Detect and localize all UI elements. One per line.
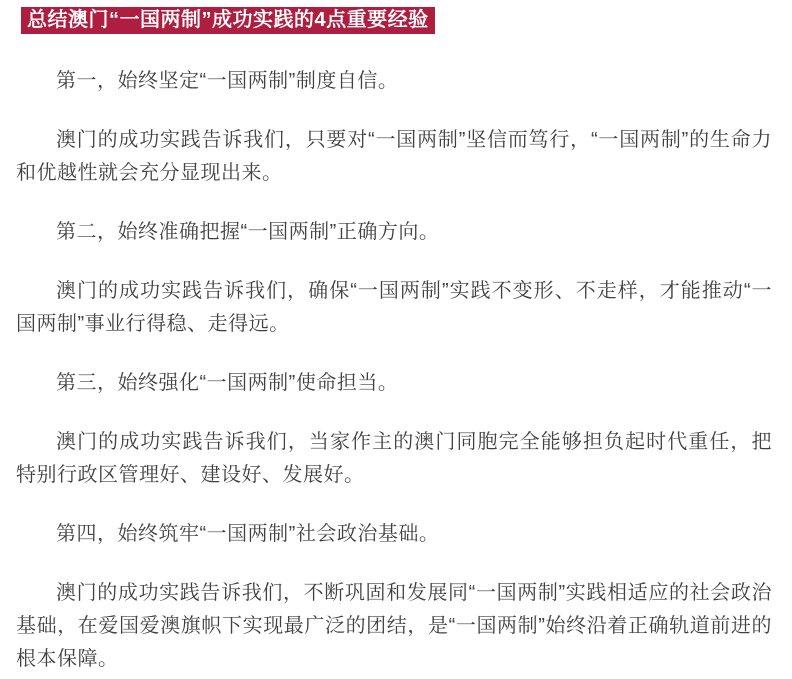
paragraph-point-1: 第一，始终坚定“一国两制”制度自信。 xyxy=(16,65,772,98)
article-body: 第一，始终坚定“一国两制”制度自信。 澳门的成功实践告诉我们，只要对“一国两制”… xyxy=(16,65,772,676)
paragraph-point-2: 第二，始终准确把握“一国两制”正确方向。 xyxy=(16,216,772,249)
paragraph-point-1-explanation: 澳门的成功实践告诉我们，只要对“一国两制”坚信而笃行，“一国两制”的生命力和优越… xyxy=(16,124,772,190)
paragraph-point-4: 第四，始终筑牢“一国两制”社会政治基础。 xyxy=(16,518,772,551)
paragraph-point-2-explanation: 澳门的成功实践告诉我们，确保“一国两制”实践不变形、不走样，才能推动“一国两制”… xyxy=(16,275,772,341)
paragraph-point-4-explanation: 澳门的成功实践告诉我们，不断巩固和发展同“一国两制”实践相适应的社会政治基础，在… xyxy=(16,577,772,676)
paragraph-point-3-explanation: 澳门的成功实践告诉我们，当家作主的澳门同胞完全能够担负起时代重任，把特别行政区管… xyxy=(16,426,772,492)
article-title-banner: 总结澳门“一国两制”成功实践的4点重要经验 xyxy=(21,7,435,34)
article-page: 总结澳门“一国两制”成功实践的4点重要经验 第一，始终坚定“一国两制”制度自信。… xyxy=(0,0,792,679)
paragraph-point-3: 第三，始终强化“一国两制”使命担当。 xyxy=(16,367,772,400)
